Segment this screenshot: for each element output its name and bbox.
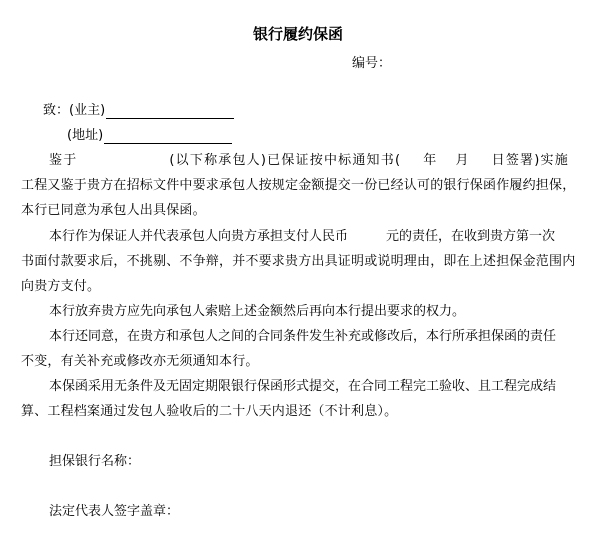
p1-text-a: 鉴于: [49, 153, 77, 168]
paragraph-5-line-2: 算、工程档案通过发包人验收后的二十八天内退还（不计利息）。: [21, 404, 397, 420]
p1-text-b: (以下称承包人)已保证按中标通知书(: [169, 153, 401, 168]
paragraph-1-line-2: 工程又鉴于贵方在招标文件中要求承包人按规定金额提交一份已经认可的银行保函作履约担…: [21, 178, 575, 194]
owner-blank-line: [106, 104, 234, 119]
paragraph-5-line-1: 本保函采用无条件及无固定期限银行保函形式提交，在合同工程完工验收、且工程完成结: [49, 379, 556, 395]
address-label: (地址): [67, 128, 103, 143]
p2-text-b: 元的责任，在收到贵方第一次: [386, 229, 555, 244]
document-title: 银行履约保函: [0, 26, 596, 42]
paragraph-1-line-1: 鉴于(以下称承包人)已保证按中标通知书(年月日签署)实施: [49, 153, 569, 169]
document-number-label: 编号：: [352, 56, 391, 72]
paragraph-4-line-1: 本行还同意，在贵方和承包人之间的合同条件发生补充或修改后，本行所承担保函的责任: [49, 329, 556, 345]
legal-representative-signature-label: 法定代表人签字盖章：: [49, 504, 179, 520]
paragraph-1-line-3: 本行已同意为承包人出具保函。: [21, 203, 206, 219]
address-blank-line: [104, 129, 232, 144]
paragraph-2-line-1: 本行作为保证人并代表承包人向贵方承担支付人民币元的责任，在收到贵方第一次: [49, 229, 555, 245]
paragraph-2-line-2: 书面付款要求后，不挑剔、不争辩，并不要求贵方出具证明或说明理由，即在上述担保金范…: [21, 254, 575, 270]
paragraph-4-line-2: 不变，有关补充或修改亦无须通知本行。: [21, 354, 259, 370]
to-label: 致：: [43, 103, 69, 118]
p1-year: 年: [423, 153, 437, 168]
addressee-owner-row: 致：(业主): [43, 103, 234, 119]
p1-month: 月: [455, 153, 469, 168]
p2-text-a: 本行作为保证人并代表承包人向贵方承担支付人民币: [49, 229, 348, 244]
paragraph-2-line-3: 向贵方支付。: [21, 279, 100, 295]
p1-text-c: 日签署)实施: [492, 153, 569, 168]
paragraph-3-line-1: 本行放弃贵方应先向承包人索赔上述金额然后再向本行提出要求的权力。: [49, 304, 465, 320]
owner-label: (业主): [69, 103, 105, 118]
addressee-address-row: (地址): [67, 128, 232, 144]
guarantor-bank-name-label: 担保银行名称：: [49, 454, 140, 470]
